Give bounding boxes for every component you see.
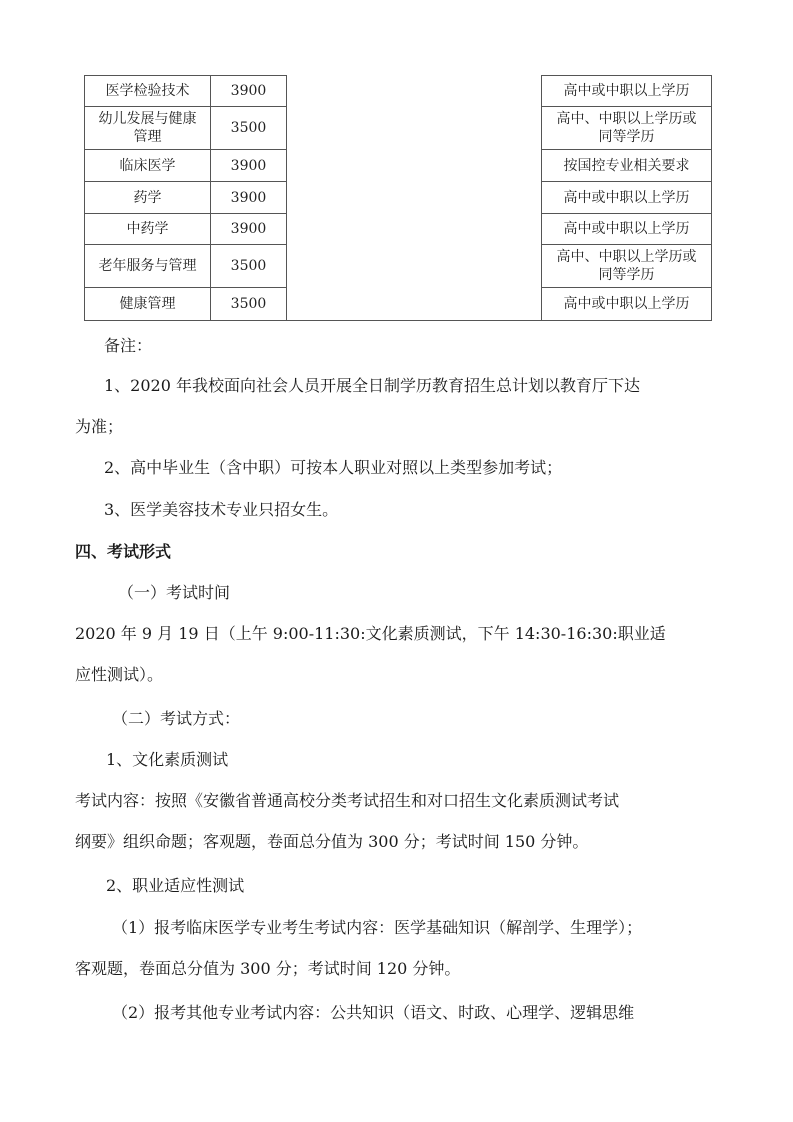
fee-cell: 3500 (210, 244, 287, 288)
requirement-text-line1: 高中、中职以上学历或 (557, 110, 697, 128)
major-text: 中药学 (127, 220, 169, 238)
major-cell: 健康管理 (84, 287, 211, 321)
vocational-test-title: 2、职业适应性测试 (106, 873, 244, 896)
requirement-cell: 高中或中职以上学历 (541, 181, 712, 214)
fee-cell: 3900 (210, 149, 287, 182)
requirement-text: 高中或中职以上学历 (564, 82, 690, 100)
major-text-line2: 管理 (134, 128, 162, 146)
major-text-line1: 幼儿发展与健康 (99, 110, 197, 128)
major-text: 药学 (134, 189, 162, 207)
note-1-line1: 1、2020 年我校面向社会人员开展全日制学历教育招生总计划以教育厅下达 (104, 373, 640, 396)
major-text: 健康管理 (120, 295, 176, 313)
cultural-test-line1: 考试内容：按照《安徽省普通高校分类考试招生和对口招生文化素质测试考试 (75, 788, 619, 811)
requirement-cell: 高中或中职以上学历 (541, 287, 712, 321)
subsection-exam-method-title: （二）考试方式： (112, 706, 240, 729)
fee-text: 3900 (231, 157, 267, 175)
vocational-p2-line1: （2）报考其他专业考试内容：公共知识（语文、时政、心理学、逻辑思维 (112, 1000, 634, 1023)
fee-text: 3500 (231, 257, 267, 275)
major-text: 医学检验技术 (106, 82, 190, 100)
exam-time-line1: 2020 年 9 月 19 日（上午 9:00-11:30:文化素质测试，下午 … (75, 621, 666, 644)
requirement-text: 按国控专业相关要求 (564, 157, 690, 175)
major-cell: 药学 (84, 181, 211, 214)
fee-text: 3900 (231, 220, 267, 238)
subsection-exam-time-title: （一）考试时间 (118, 580, 230, 603)
fee-text: 3900 (231, 189, 267, 207)
requirement-cell: 高中、中职以上学历或 同等学历 (541, 244, 712, 288)
fee-cell: 3500 (210, 106, 287, 150)
major-cell: 医学检验技术 (84, 75, 211, 107)
note-2: 2、高中毕业生（含中职）可按本人职业对照以上类型参加考试； (104, 455, 562, 478)
fee-cell: 3500 (210, 287, 287, 321)
exam-time-line2: 应性测试）。 (75, 662, 163, 685)
note-1-line2: 为准； (75, 414, 123, 437)
fee-cell: 3900 (210, 213, 287, 245)
major-cell: 老年服务与管理 (84, 244, 211, 288)
merged-blank-column (286, 75, 542, 321)
requirement-text: 高中或中职以上学历 (564, 295, 690, 313)
fee-text: 3900 (231, 82, 267, 100)
requirement-text: 高中或中职以上学历 (564, 189, 690, 207)
fee-cell: 3900 (210, 181, 287, 214)
vocational-p1-line2: 客观题，卷面总分值为 300 分；考试时间 120 分钟。 (75, 956, 460, 979)
cultural-test-title: 1、文化素质测试 (106, 747, 228, 770)
section-heading: 四、考试形式 (75, 539, 171, 562)
requirement-cell: 高中或中职以上学历 (541, 75, 712, 107)
requirement-text-line2: 同等学历 (599, 128, 655, 146)
fee-cell: 3900 (210, 75, 287, 107)
requirement-text: 高中或中职以上学历 (564, 220, 690, 238)
major-cell: 幼儿发展与健康 管理 (84, 106, 211, 150)
requirement-text-line2: 同等学历 (599, 266, 655, 284)
requirement-cell: 高中、中职以上学历或 同等学历 (541, 106, 712, 150)
notes-title: 备注： (104, 333, 152, 356)
requirement-cell: 按国控专业相关要求 (541, 149, 712, 182)
requirement-text-line1: 高中、中职以上学历或 (557, 248, 697, 266)
fee-text: 3500 (231, 119, 267, 137)
fee-text: 3500 (231, 295, 267, 313)
requirement-cell: 高中或中职以上学历 (541, 213, 712, 245)
note-3: 3、医学美容技术专业只招女生。 (104, 497, 338, 520)
major-text: 临床医学 (120, 157, 176, 175)
major-cell: 中药学 (84, 213, 211, 245)
major-cell: 临床医学 (84, 149, 211, 182)
major-text: 老年服务与管理 (99, 257, 197, 275)
vocational-p1-line1: （1）报考临床医学专业考生考试内容：医学基础知识（解剖学、生理学）； (112, 915, 642, 938)
cultural-test-line2: 纲要》组织命题；客观题，卷面总分值为 300 分；考试时间 150 分钟。 (75, 829, 588, 852)
